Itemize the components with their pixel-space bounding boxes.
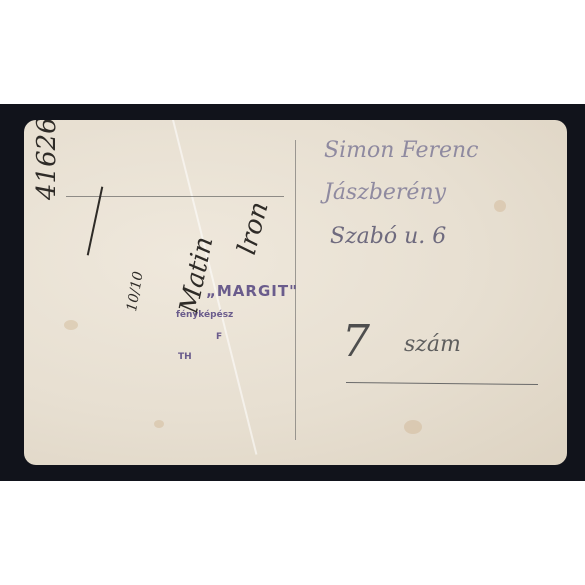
stamp-line2: fényképész: [176, 310, 233, 320]
stamp-line3: F: [216, 332, 222, 342]
stamp-line4: TH: [178, 352, 192, 362]
address-street: Szabó u. 6: [330, 224, 446, 249]
fraction-note: 10/10: [124, 270, 147, 313]
address-city: Jászberény: [324, 180, 446, 205]
address-underline: [346, 382, 538, 385]
stain: [404, 420, 422, 434]
catalog-number: 41626: [32, 120, 62, 200]
address-name: Simon Ferenc: [324, 138, 478, 163]
postcard-back: 41626 10/10 Matin lron „MARGIT" fényképé…: [24, 120, 567, 465]
handwriting-lron: lron: [232, 199, 275, 258]
stain: [64, 320, 78, 330]
stain: [494, 200, 506, 212]
address-number-label: szám: [404, 332, 461, 357]
stamp-margit: „MARGIT": [206, 282, 298, 300]
stain: [154, 420, 164, 428]
address-number: 7: [342, 316, 370, 367]
